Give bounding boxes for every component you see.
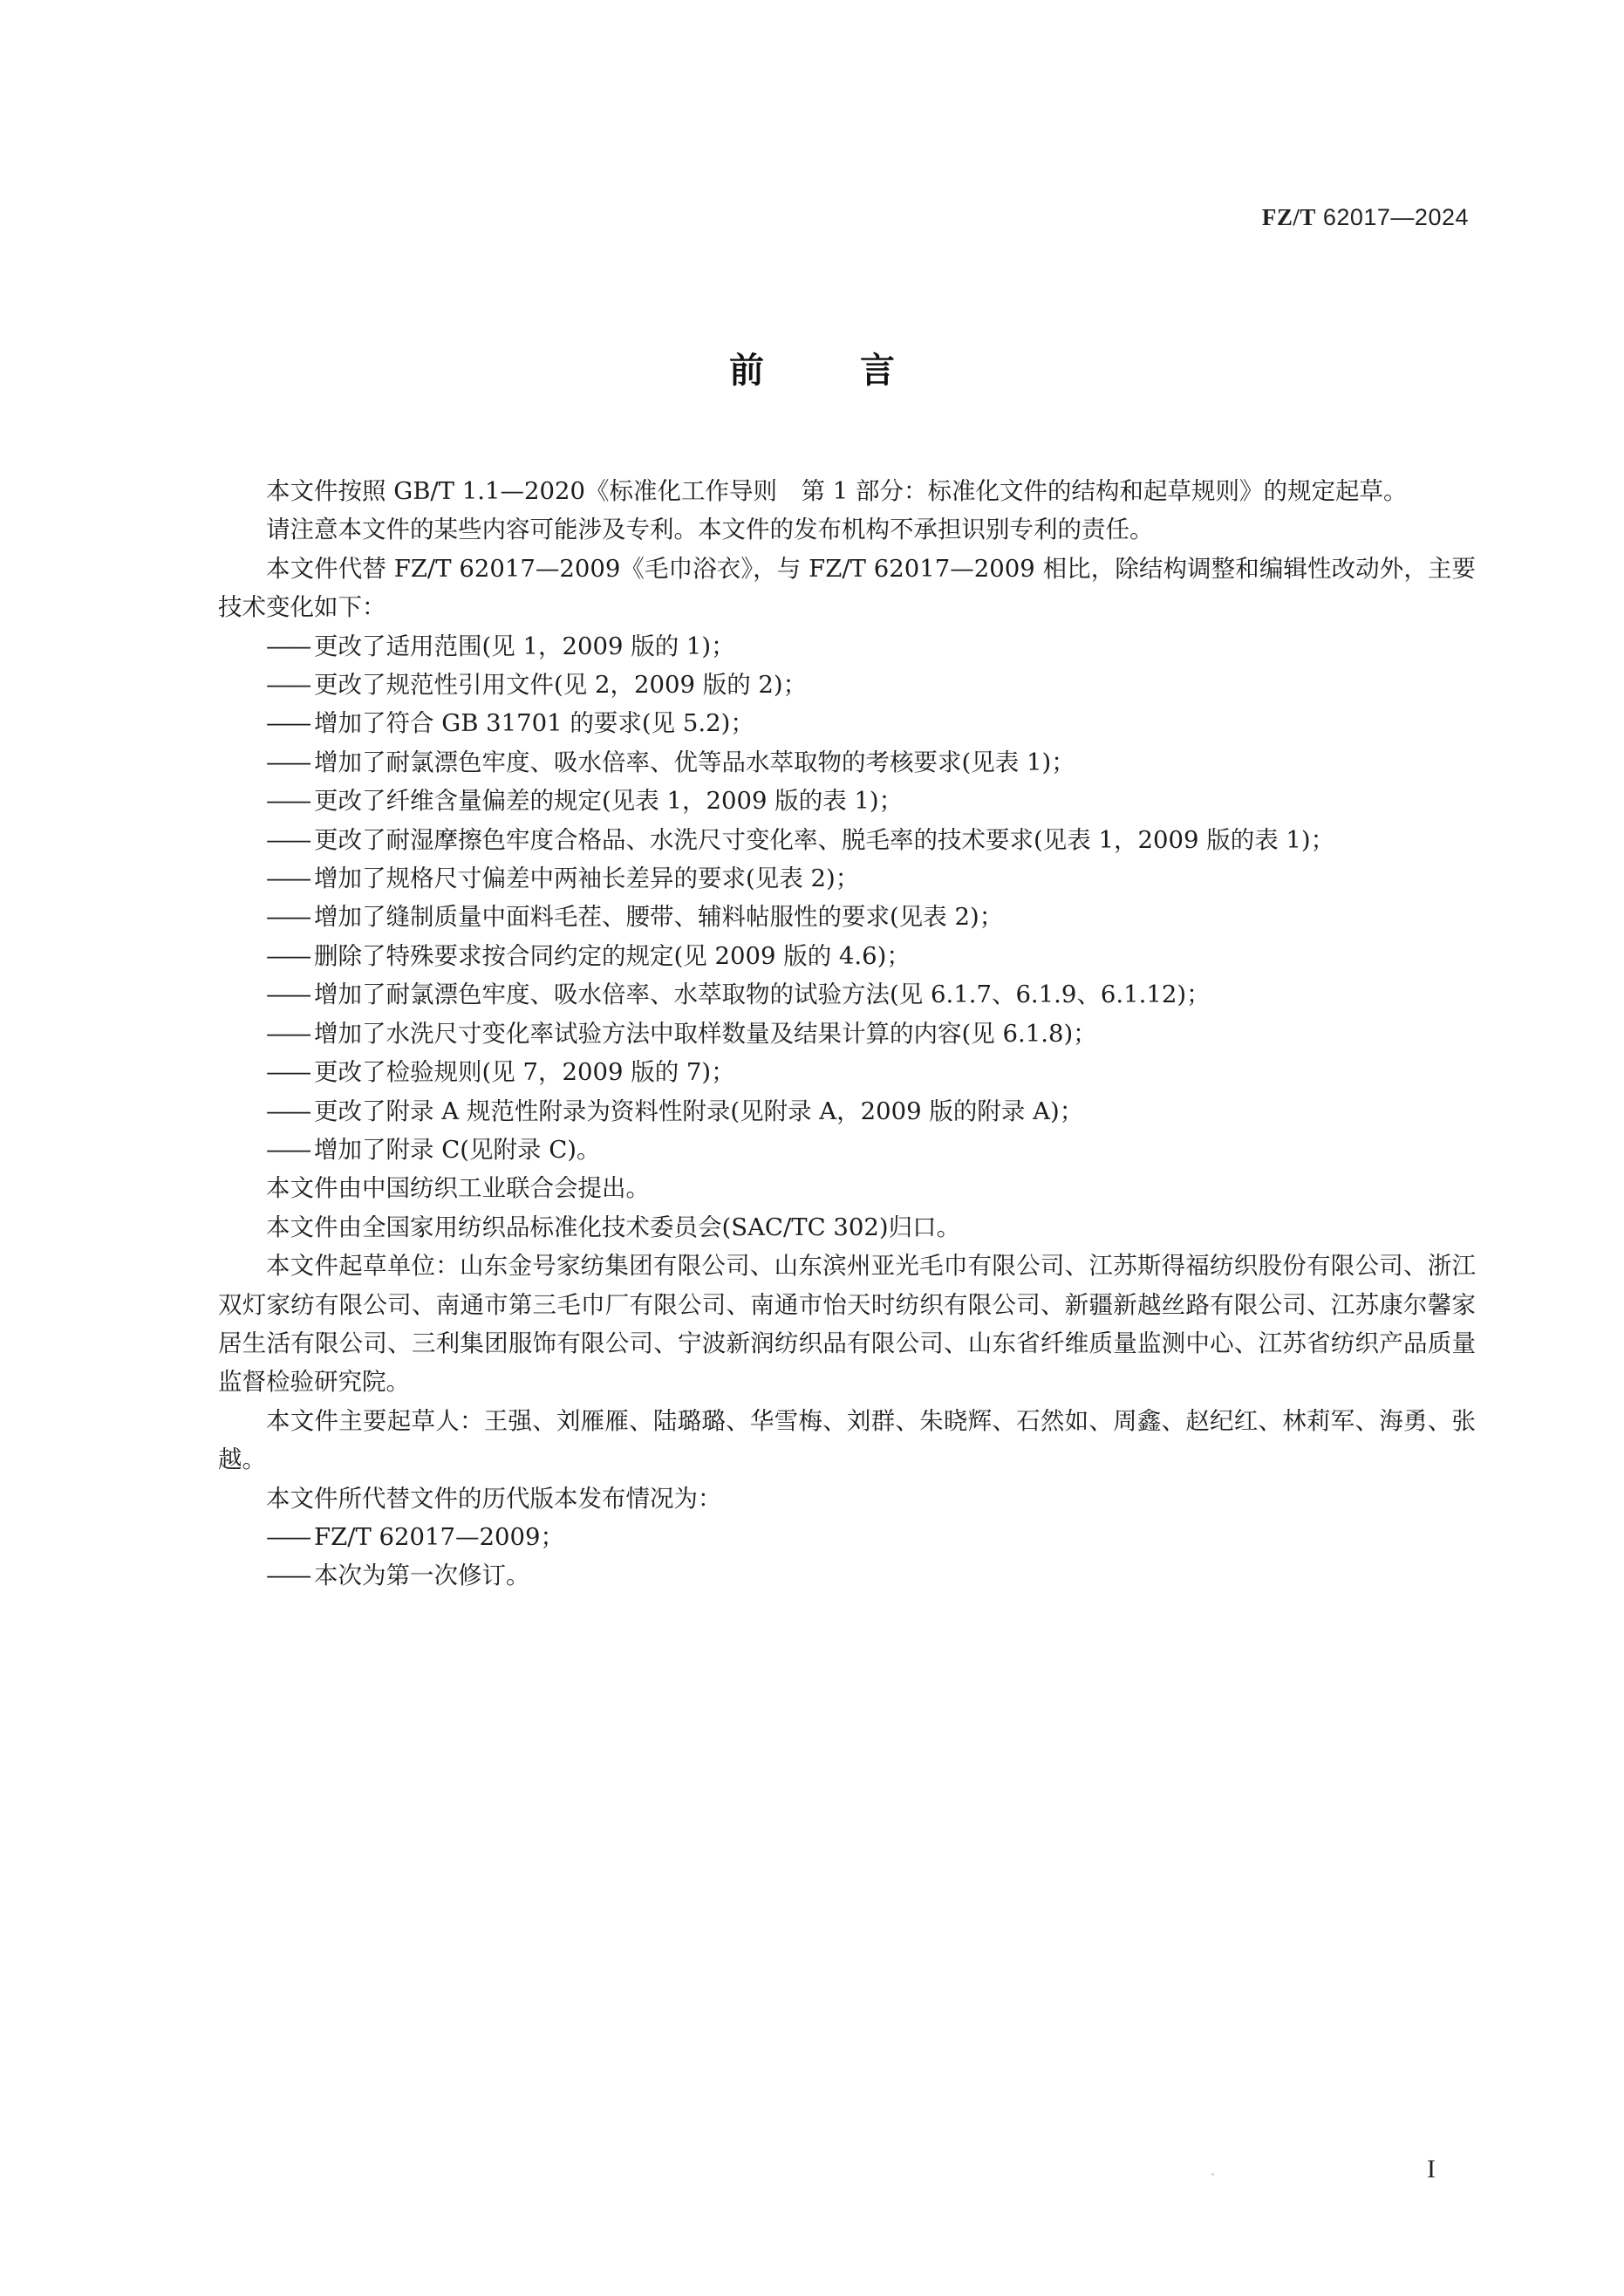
dash-marker: —— — [266, 782, 314, 820]
dash-marker: —— — [266, 627, 314, 666]
list-item: ——增加了符合 GB 31701 的要求(见 5.2)； — [218, 704, 1476, 742]
list-item: ——删除了特殊要求按合同约定的规定(见 2009 版的 4.6)； — [218, 937, 1476, 975]
list-item: ——FZ/T 62017—2009； — [218, 1518, 1476, 1556]
dash-marker: —— — [266, 704, 314, 742]
dash-marker: —— — [266, 1556, 314, 1595]
list-item: ——增加了耐氯漂色牢度、吸水倍率、优等品水萃取物的考核要求(见表 1)； — [218, 743, 1476, 782]
list-item: ——本次为第一次修订。 — [218, 1556, 1476, 1595]
list-item: ——增加了附录 C(见附录 C)。 — [218, 1131, 1476, 1169]
dash-marker: —— — [266, 975, 314, 1014]
page-number: I — [1427, 2155, 1436, 2184]
list-item: ——更改了纤维含量偏差的规定(见表 1，2009 版的表 1)； — [218, 782, 1476, 820]
paragraph-proposer: 本文件由中国纺织工业联合会提出。 — [218, 1169, 1476, 1207]
history-list: ——FZ/T 62017—2009； ——本次为第一次修订。 — [218, 1518, 1476, 1596]
list-item: ——更改了规范性引用文件(见 2，2009 版的 2)； — [218, 666, 1476, 704]
list-item: ——增加了水洗尺寸变化率试验方法中取样数量及结果计算的内容(见 6.1.8)； — [218, 1015, 1476, 1053]
dash-marker: —— — [266, 1131, 314, 1169]
dash-marker: —— — [266, 859, 314, 898]
scan-artifact — [1211, 2173, 1214, 2176]
dash-marker: —— — [266, 1053, 314, 1091]
dash-marker: —— — [266, 1518, 314, 1556]
list-item: ——更改了适用范围(见 1，2009 版的 1)； — [218, 627, 1476, 666]
paragraph-replacement: 本文件代替 FZ/T 62017—2009《毛巾浴衣》，与 FZ/T 62017… — [218, 550, 1476, 627]
paragraph-drafting-units: 本文件起草单位：山东金号家纺集团有限公司、山东滨州亚光毛巾有限公司、江苏斯得福纺… — [218, 1247, 1476, 1402]
dash-marker: —— — [266, 937, 314, 975]
dash-marker: —— — [266, 666, 314, 704]
paragraph-drafters: 本文件主要起草人：王强、刘雁雁、陆璐璐、华雪梅、刘群、朱晓辉、石然如、周鑫、赵纪… — [218, 1402, 1476, 1479]
title-char-2: 言 — [860, 343, 895, 393]
foreword-body: 本文件按照 GB/T 1.1—2020《标准化工作导则 第 1 部分：标准化文件… — [218, 472, 1476, 1596]
paragraph-drafting-rules: 本文件按照 GB/T 1.1—2020《标准化工作导则 第 1 部分：标准化文件… — [218, 472, 1476, 510]
list-item: ——增加了耐氯漂色牢度、吸水倍率、水萃取物的试验方法(见 6.1.7、6.1.9… — [218, 975, 1476, 1014]
dash-marker: —— — [266, 1015, 314, 1053]
document-code-prefix: FZ/T — [1262, 204, 1316, 230]
list-item: ——增加了规格尺寸偏差中两袖长差异的要求(见表 2)； — [218, 859, 1476, 898]
document-page: FZ/T 62017—2024 前言 本文件按照 GB/T 1.1—2020《标… — [0, 0, 1624, 2296]
dash-marker: —— — [266, 1092, 314, 1131]
page-title: 前言 — [0, 343, 1624, 393]
dash-marker: —— — [266, 898, 314, 936]
title-char-1: 前 — [729, 343, 764, 393]
list-item: ——更改了检验规则(见 7，2009 版的 7)； — [218, 1053, 1476, 1091]
paragraph-committee: 本文件由全国家用纺织品标准化技术委员会(SAC/TC 302)归口。 — [218, 1208, 1476, 1247]
document-code: FZ/T 62017—2024 — [1262, 204, 1469, 231]
paragraph-patent-notice: 请注意本文件的某些内容可能涉及专利。本文件的发布机构不承担识别专利的责任。 — [218, 510, 1476, 549]
paragraph-history-intro: 本文件所代替文件的历代版本发布情况为： — [218, 1479, 1476, 1518]
dash-marker: —— — [266, 743, 314, 782]
document-code-number: 62017—2024 — [1316, 204, 1469, 230]
changes-list: ——更改了适用范围(见 1，2009 版的 1)； ——更改了规范性引用文件(见… — [218, 627, 1476, 1170]
list-item: ——更改了耐湿摩擦色牢度合格品、水洗尺寸变化率、脱毛率的技术要求(见表 1，20… — [218, 821, 1476, 859]
list-item: ——更改了附录 A 规范性附录为资料性附录(见附录 A，2009 版的附录 A)… — [218, 1092, 1476, 1131]
dash-marker: —— — [266, 821, 314, 859]
list-item: ——增加了缝制质量中面料毛茬、腰带、辅料帖服性的要求(见表 2)； — [218, 898, 1476, 936]
